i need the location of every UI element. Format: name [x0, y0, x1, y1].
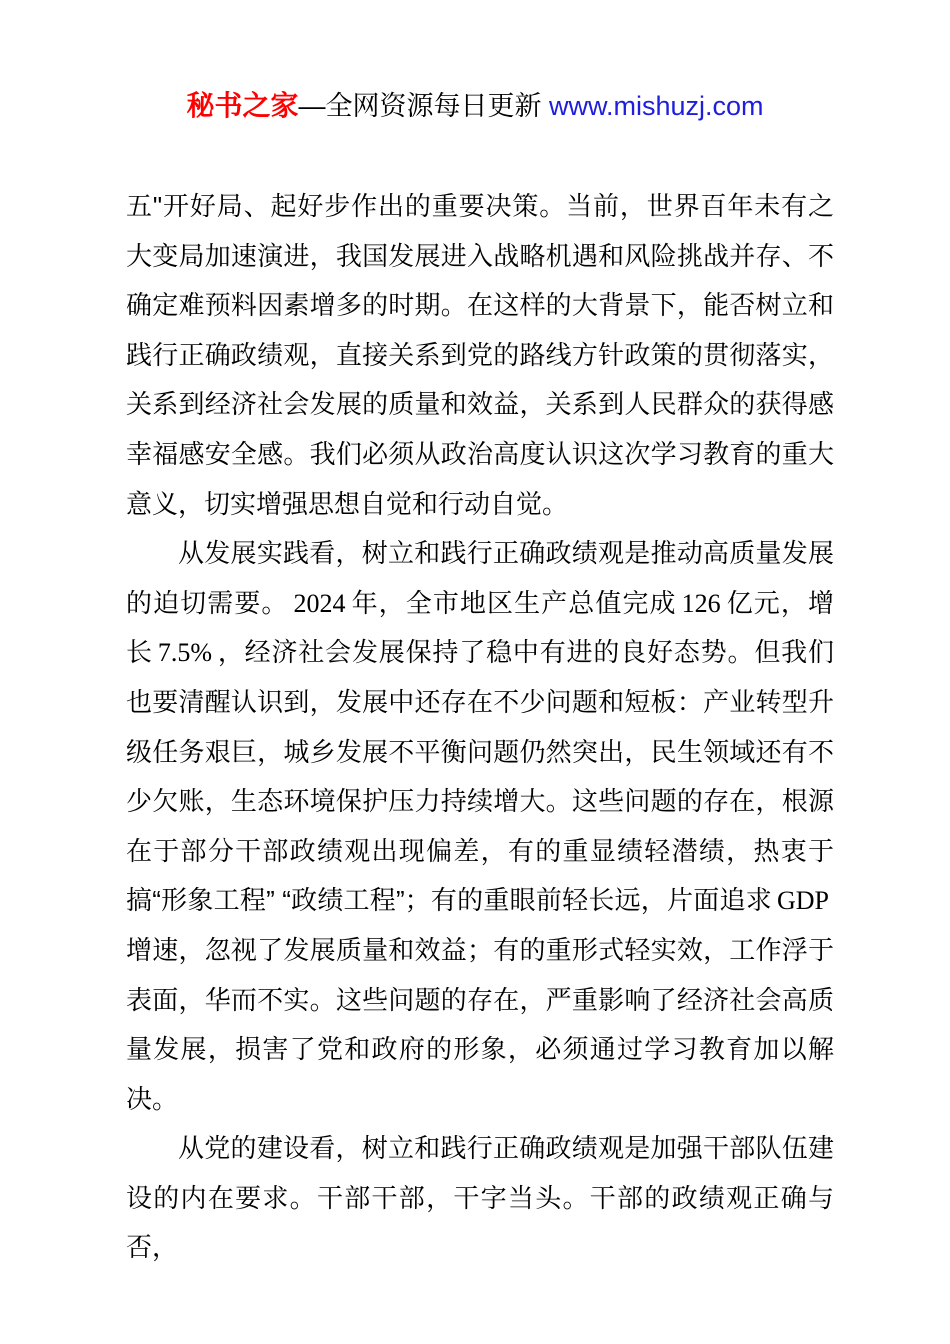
- paragraph-1: 五"开好局、起好步作出的重要决策。当前，世界百年未有之大变局加速演进，我国发展进…: [126, 182, 834, 529]
- document-page: 秘书之家—全网资源每日更新 www.mishuzj.com 五"开好局、起好步作…: [0, 0, 950, 1344]
- page-header: 秘书之家—全网资源每日更新 www.mishuzj.com: [0, 86, 950, 126]
- paragraph-3: 从党的建设看，树立和践行正确政绩观是加强干部队伍建设的内在要求。干部干部，干字当…: [126, 1124, 834, 1273]
- paragraph-2: 从发展实践看，树立和践行正确政绩观是推动高质量发展的迫切需要。2024年，全市地…: [126, 529, 834, 1124]
- document-body: 五"开好局、起好步作出的重要决策。当前，世界百年未有之大变局加速演进，我国发展进…: [126, 182, 834, 1273]
- site-url-link[interactable]: www.mishuzj.com: [549, 91, 764, 121]
- site-brand: 秘书之家: [186, 90, 298, 121]
- site-tagline: —全网资源每日更新: [298, 91, 549, 121]
